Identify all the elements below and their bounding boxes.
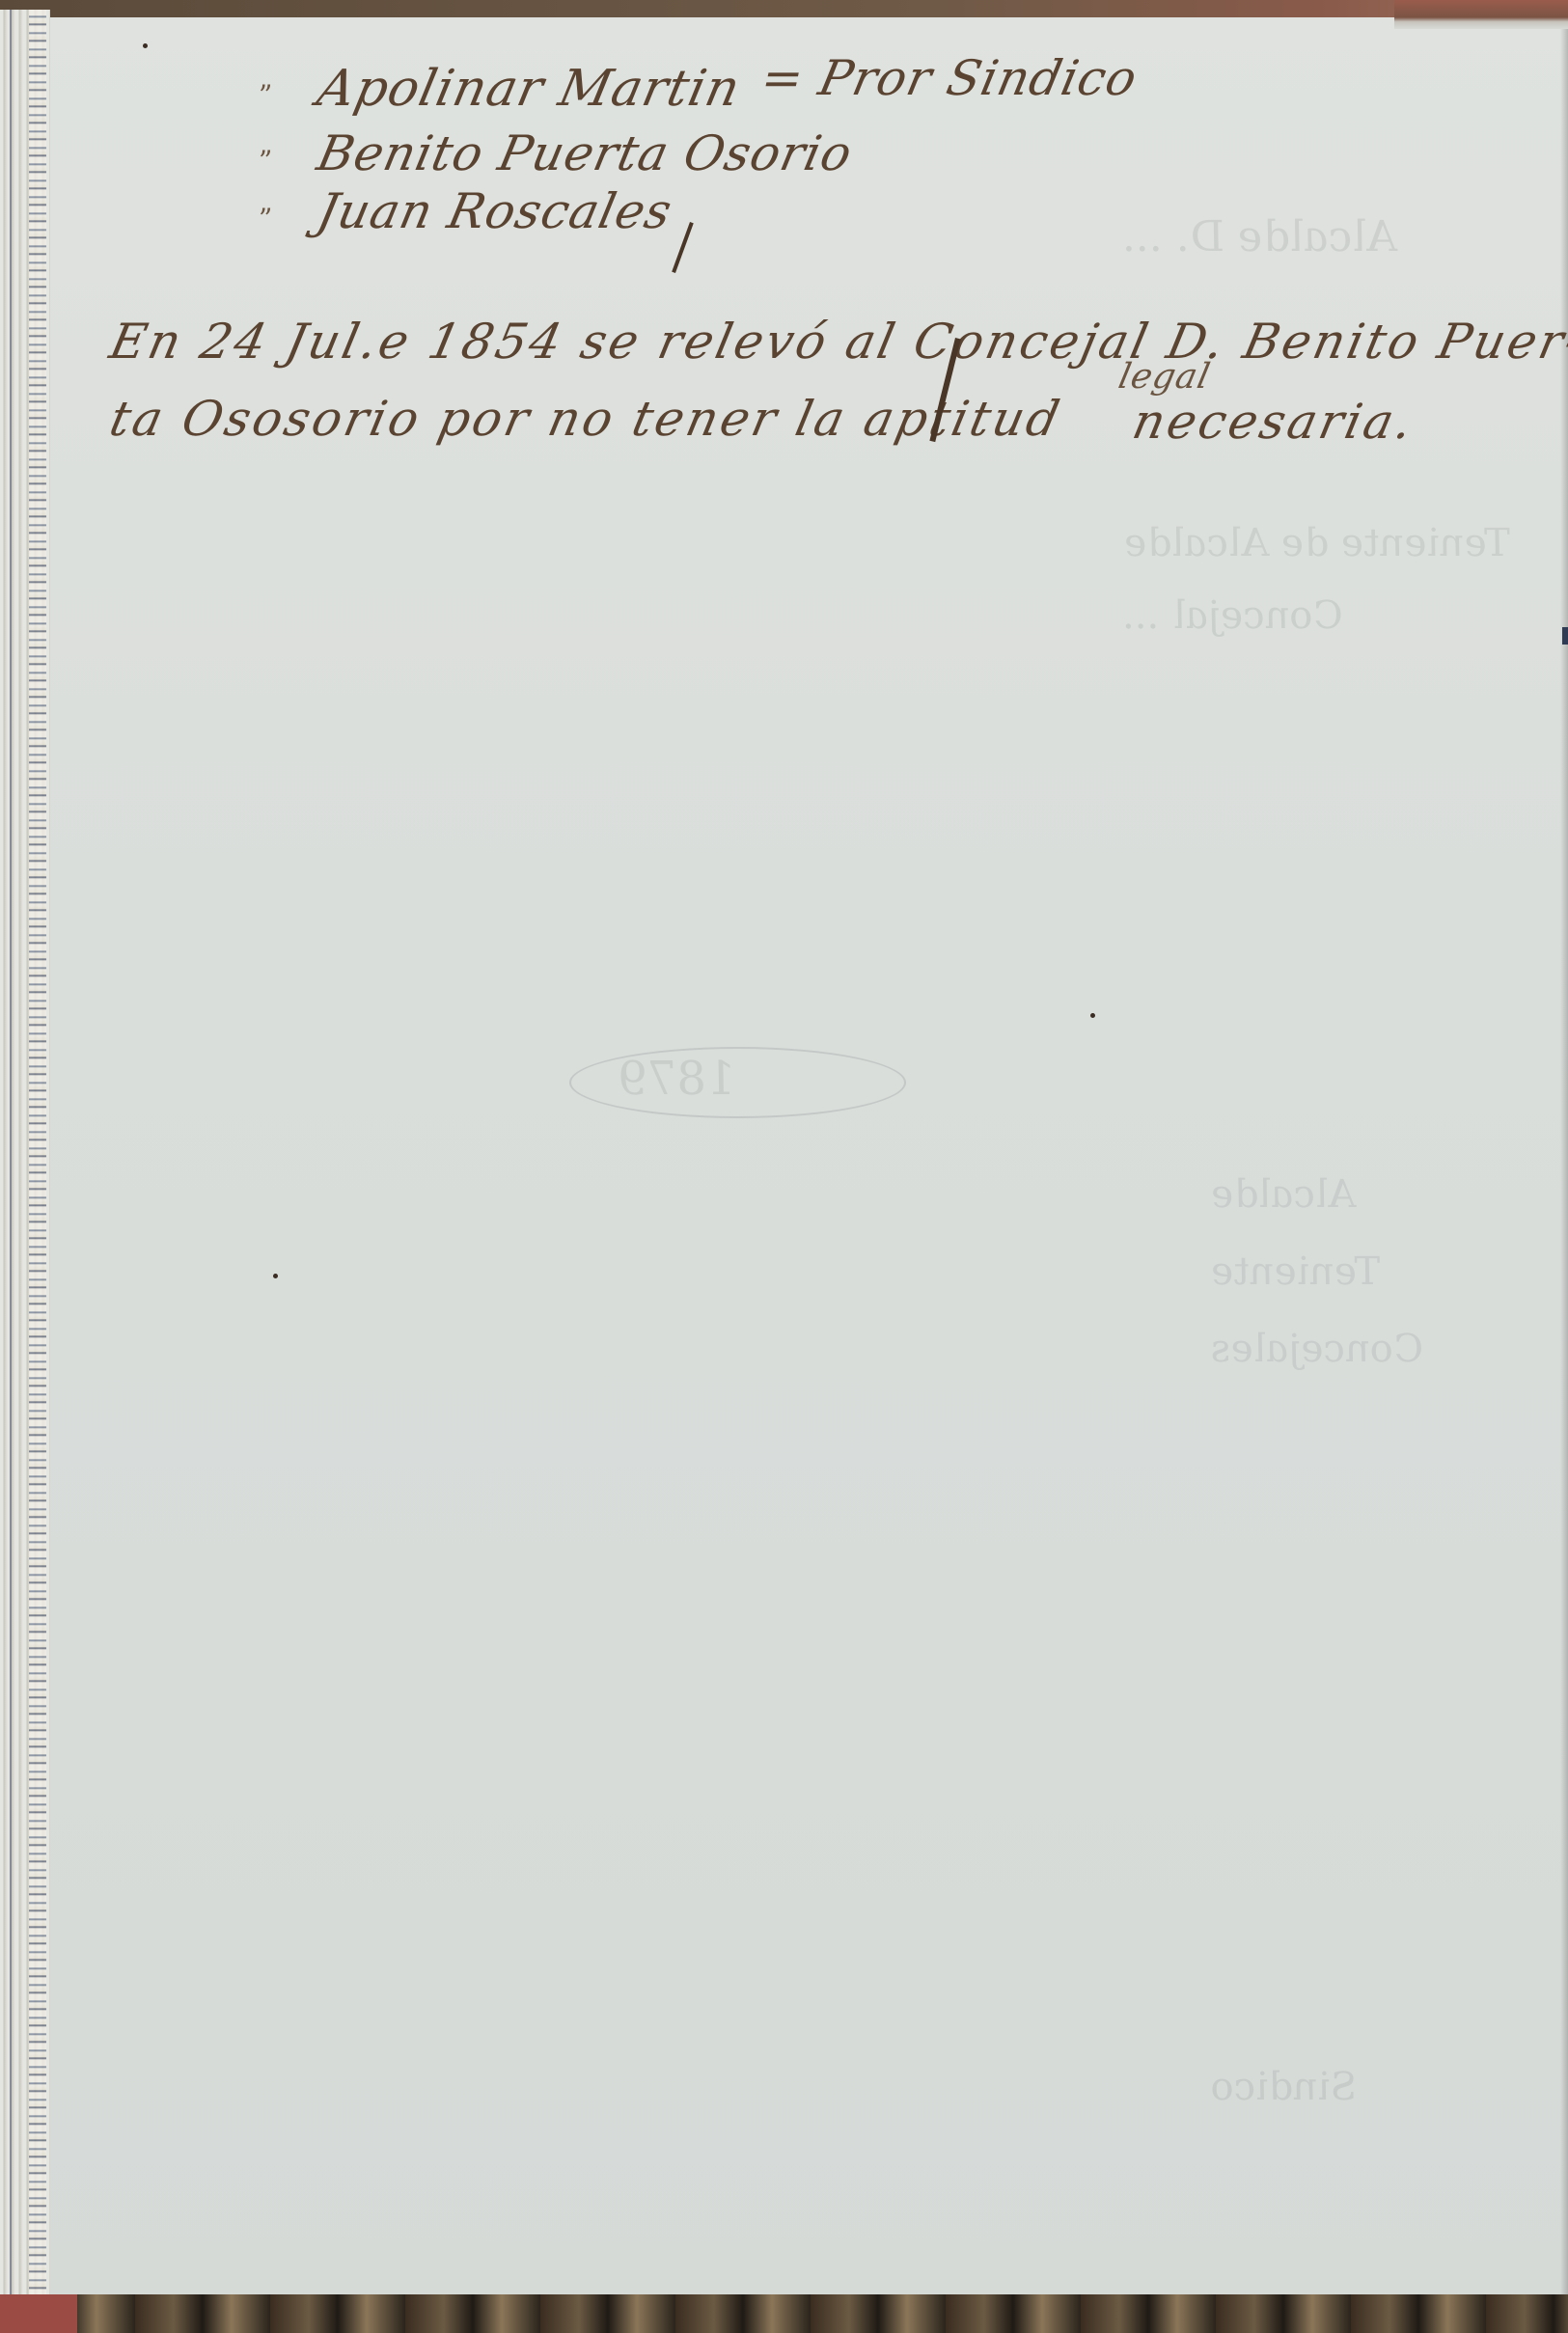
- ink-dot: [1090, 1013, 1095, 1018]
- left-binding-line: [10, 10, 12, 2296]
- bleed-through-line: Teniente: [1207, 1249, 1384, 1294]
- bleed-through-line: Concejales: [1207, 1327, 1427, 1371]
- bleed-through-line: Teniente de Alcalde: [1120, 521, 1514, 565]
- signature-name: Juan Roscales: [313, 183, 677, 239]
- ditto-mark: ”: [259, 203, 272, 234]
- left-speckled-edge: [29, 10, 46, 2296]
- note-line-1: En 24 Jul.e 1854 se relevó al Concejal D…: [105, 314, 1568, 370]
- note-line-2-end: necesaria.: [1128, 394, 1420, 450]
- margin-mark: [1562, 627, 1568, 645]
- signature-name: Apolinar Martin: [313, 60, 746, 118]
- bleed-through-line: Concejal ...: [1120, 593, 1347, 638]
- bleed-through-year: 1879: [613, 1052, 740, 1106]
- ink-dot: [273, 1274, 278, 1278]
- note-line-2: ta Ososorio por no tener la aptitud: [105, 391, 1067, 447]
- bleed-through-line: Alcalde D. ...: [1120, 212, 1402, 261]
- signature-name: Benito Puerta Osorio: [313, 125, 858, 181]
- bottom-red-leather-corner: [0, 2294, 77, 2333]
- top-binding-edge: [0, 0, 1568, 17]
- top-binding-corner: [1394, 0, 1568, 29]
- signature-flourish: [672, 222, 694, 273]
- ditto-mark: ”: [259, 145, 272, 177]
- ditto-mark: ”: [259, 79, 272, 111]
- manuscript-page: 1879 Alcalde D. ... Teniente de Alcalde …: [0, 0, 1568, 2333]
- bottom-marbled-binding: [0, 2294, 1568, 2333]
- signature-role: = Pror Sindico: [756, 50, 1142, 106]
- bleed-through-line: Sindico: [1207, 2065, 1361, 2109]
- bleed-through-line: Alcalde: [1207, 1172, 1360, 1217]
- note-insertion-legal: legal: [1115, 357, 1215, 397]
- ink-dot: [143, 43, 148, 48]
